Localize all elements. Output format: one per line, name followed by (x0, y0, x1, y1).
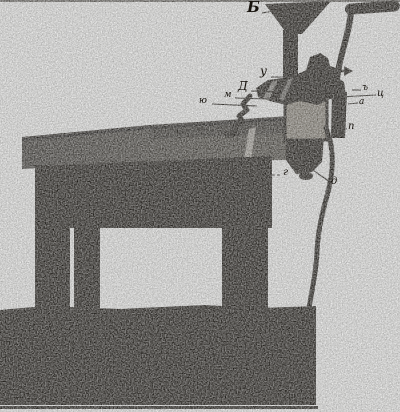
label-p: п (348, 122, 354, 132)
label-d: д (331, 177, 337, 187)
label-hard-sign: ъ (362, 84, 368, 93)
grain-white-specks (0, 0, 400, 412)
label-u: у (260, 65, 267, 77)
label-hopper-B: Б (247, 0, 260, 15)
label-g: г (283, 168, 288, 178)
label-yu: ю (199, 97, 207, 106)
photo-canvas (0, 0, 400, 412)
label-ts: ц (377, 89, 384, 99)
label-a: а (359, 98, 364, 107)
label-m: м (224, 91, 231, 100)
label-D: Д (238, 80, 248, 92)
photo-figure: Б у Д м ю ъ ц а п г д (0, 0, 400, 412)
